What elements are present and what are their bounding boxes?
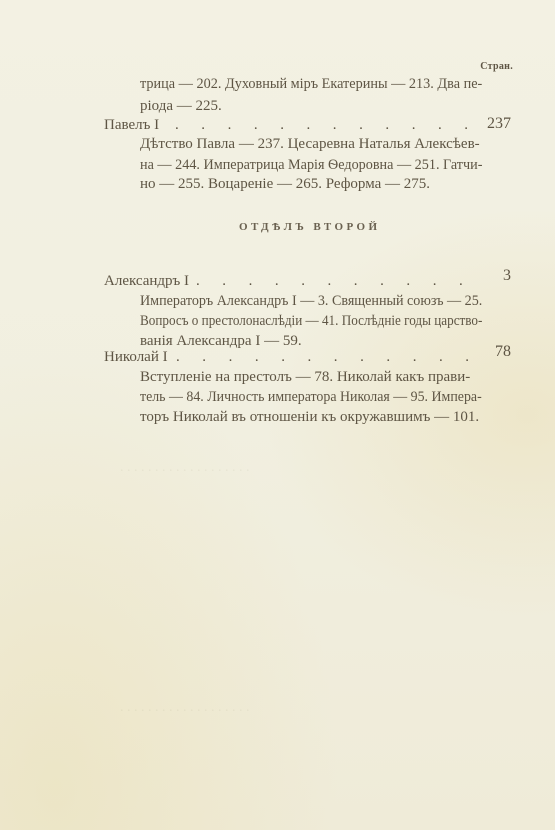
- toc-subline: Императоръ Александръ I — 3. Священный с…: [140, 291, 482, 311]
- show-through-text: . . . . . . . . . . . . . . . . . . .: [120, 700, 250, 716]
- toc-entry-title: Павелъ I: [104, 115, 159, 135]
- toc-entry-title: Александръ I: [104, 271, 189, 291]
- toc-subline: на — 244. Императрица Марія Ѳедоровна — …: [140, 155, 482, 175]
- section-heading: ОТДѢЛЪ ВТОРОЙ: [239, 221, 380, 233]
- toc-subline: торъ Николай въ отношеніи къ окружавшимъ…: [140, 407, 479, 427]
- page-column-label: Стран.: [480, 61, 513, 72]
- leader-dots: . . . . . . . . . . . .: [176, 347, 478, 367]
- toc-page-number: 3: [503, 266, 511, 286]
- toc-subline: Дѣтство Павла — 237. Цесаревна Наталья А…: [140, 134, 480, 154]
- book-page: . . . . . . . . . . . . . . . . . . . . …: [0, 0, 555, 830]
- toc-subline: но — 255. Воцареніе — 265. Реформа — 275…: [140, 174, 430, 194]
- leader-dots: . . . . . . . . . . .: [196, 271, 472, 291]
- toc-subline: трица — 202. Духовный міръ Екатерины — 2…: [140, 74, 482, 94]
- toc-subline: тель — 84. Личность императора Николая —…: [140, 387, 482, 407]
- toc-page-number: 237: [487, 114, 511, 134]
- toc-subline: Вступленіе на престолъ — 78. Николай как…: [140, 367, 470, 387]
- toc-subline: ріода — 225.: [140, 96, 222, 116]
- leader-dots: . . . . . . . . . . . .: [175, 115, 477, 135]
- toc-page-number: 78: [495, 342, 511, 362]
- show-through-text: . . . . . . . . . . . . . . . . . . .: [120, 460, 250, 476]
- toc-subline: Вопросъ о престолонаслѣдіи — 41. Послѣдн…: [140, 311, 482, 331]
- toc-entry-title: Николай I: [104, 347, 168, 367]
